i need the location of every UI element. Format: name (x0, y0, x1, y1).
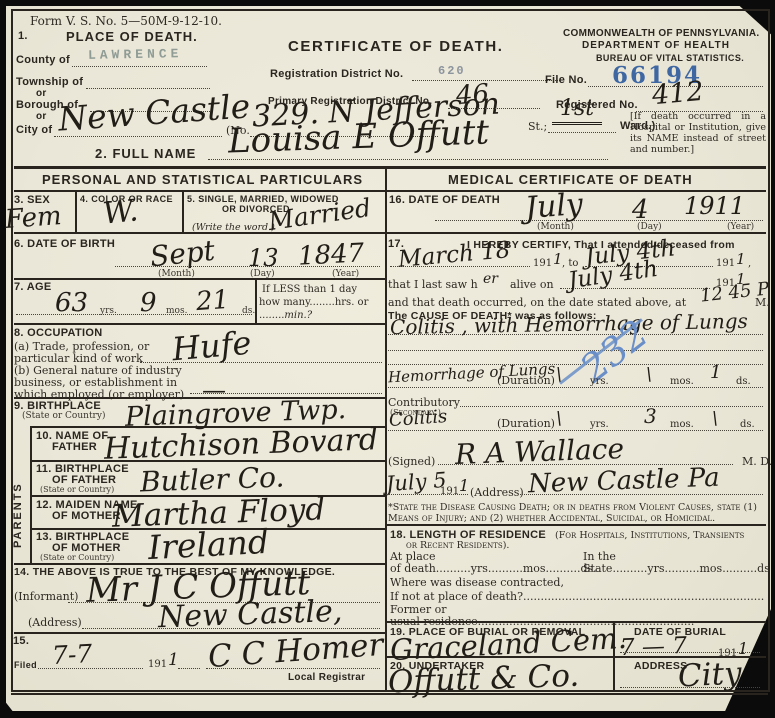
dod-line (435, 220, 763, 221)
m-label: M. (755, 296, 770, 309)
full-name-value: Louisa E Offutt (227, 115, 489, 158)
birthplace-caption: (State or Country) (22, 411, 105, 421)
column-divider (385, 166, 387, 690)
dod-year-caption: (Year) (727, 222, 754, 232)
burial-date-value: 7 — 7 (620, 635, 688, 660)
hospital-note: [If death occurred in a Hospital or Inst… (630, 112, 766, 156)
county-label: County of (16, 54, 70, 66)
cause-value: Colitis , with Hemorrhage of Lungs (390, 311, 748, 337)
residence-sublabel-1: (For Hospitals, Institutions, Transients (555, 530, 744, 541)
ds-caption: ds. (242, 306, 255, 316)
duration-line-1 (388, 387, 763, 388)
month-caption: (Month) (158, 269, 195, 279)
or-label-b: or (36, 111, 47, 122)
dod-month-value: July (524, 190, 584, 224)
age-note-2: how many........hrs. or (259, 297, 368, 308)
township-line (86, 88, 210, 89)
mos-label-1: mos. (670, 376, 694, 387)
contrib-mos-value: 3 (644, 406, 657, 426)
alive-on-text: alive on (510, 278, 554, 291)
sign-date-line (386, 494, 468, 495)
local-registrar-label: Local Registrar (288, 672, 365, 683)
registration-district-stamp: 620 (438, 64, 466, 78)
father-birthplace-caption: (State or Country) (40, 485, 114, 494)
mother-birthplace-caption: (State or Country) (40, 553, 114, 562)
rule (14, 323, 385, 325)
last-saw-text: that I last saw h (388, 278, 478, 291)
rule (387, 232, 766, 234)
commonwealth-line: COMMONWEALTH OF PENNSYLVANIA. (563, 28, 759, 39)
ds-label-2: ds. (740, 419, 755, 430)
county-stamp: LAWRENCE (88, 46, 183, 63)
occupation-label: 8. OCCUPATION (14, 327, 102, 339)
age-years-value: 63 (55, 290, 88, 316)
filed-label: Filed (14, 660, 37, 670)
rule (75, 190, 77, 232)
marital-hint: (Write the word.) (192, 222, 275, 233)
sign-address-label: (Address) (470, 486, 524, 499)
state-text: State..........yrs..........mos.........… (583, 562, 770, 575)
from-year-printed: 191 (533, 258, 552, 269)
duration-label-1: (Duration) (497, 374, 555, 387)
county-line (72, 66, 207, 67)
filed-date-value: 7-7 (51, 641, 93, 668)
contributory-value: Colitis (388, 408, 447, 430)
ds-label-1: ds. (736, 376, 751, 387)
rule (387, 621, 766, 623)
duration-line-2 (388, 430, 763, 431)
form-number: Form V. S. No. 5—50M-9-12-10. (30, 14, 222, 28)
duration-label-2: (Duration) (497, 417, 555, 430)
mos-caption: mos. (166, 306, 187, 316)
contrib-yrs-value: \ (556, 410, 562, 428)
dob-year-value: 1847 (297, 240, 364, 269)
mother-name-label-2: OF MOTHER (52, 510, 121, 522)
filed-year-printed: 191 (148, 659, 167, 670)
age-note-1: If LESS than 1 day (262, 284, 357, 295)
medical-section-title: MEDICAL CERTIFICATE OF DEATH (448, 172, 693, 187)
cause2-yrs-value: \ (556, 366, 562, 384)
cause-line-2 (388, 350, 763, 351)
death-certificate-scan: Form V. S. No. 5—50M-9-12-10. 1. PLACE O… (0, 0, 775, 718)
dod-year-value: 1911 (684, 194, 745, 218)
burial-date-line (620, 652, 760, 653)
age-months-value: 9 (140, 290, 157, 316)
father-name-label-2: FATHER (52, 441, 97, 453)
rule (14, 278, 385, 280)
year-caption: (Year) (332, 269, 359, 279)
footnote-line-2: Means of Injury; and (2) whether Acciden… (388, 513, 715, 524)
signed-label: (Signed) (388, 455, 435, 468)
registered-no-label: Registered No. (556, 99, 638, 111)
file-no-label: File No. (545, 74, 587, 86)
place-of-death-label: PLACE OF DEATH. (66, 29, 198, 44)
dob-label: 6. DATE OF BIRTH (14, 238, 115, 250)
yrs-caption: yrs. (100, 306, 117, 316)
age-label: 7. AGE (14, 281, 51, 293)
photo-edge-top (0, 0, 775, 6)
city-label: City of (16, 124, 52, 136)
cause2-ds-value: 1 (710, 364, 721, 382)
or-label-a: or (36, 88, 47, 99)
dod-day-value: 4 (632, 197, 649, 223)
personal-section-title: PERSONAL AND STATISTICAL PARTICULARS (42, 172, 363, 187)
yrs-label-1: yrs. (590, 376, 609, 387)
mos-label-2: mos. (670, 419, 694, 430)
physician-signature: R A Wallace (455, 435, 625, 469)
age-days-value: 21 (195, 287, 230, 315)
contracted-text: Where was disease contracted, (390, 576, 564, 589)
occupation-a-value: Hufe (171, 327, 253, 366)
section-title-rule (14, 190, 766, 192)
day-caption: (Day) (250, 269, 275, 279)
contrib-ds-value: \ (712, 410, 718, 428)
sign-address-value: New Castle Pa (528, 465, 720, 498)
sign-year-digit: 1 (459, 478, 469, 494)
certificate-title: CERTIFICATE OF DEATH. (288, 38, 504, 55)
ward-line (548, 132, 616, 133)
death-occurred-text: and that death occurred, on the date sta… (388, 296, 686, 309)
st-label: St.; (528, 120, 547, 133)
filed-year-line (178, 668, 200, 669)
rule (255, 278, 257, 323)
mother-birthplace-value: Ireland (147, 525, 270, 564)
primary-registration-label: Primary Registration District No. (268, 96, 432, 107)
undertaker-address-line (620, 687, 760, 688)
photo-edge-bottom (0, 711, 775, 718)
registered-no-value: 412 (651, 78, 705, 109)
department-line: DEPARTMENT OF HEALTH (582, 40, 730, 51)
rule (387, 524, 766, 526)
dod-month-caption: (Month) (537, 222, 574, 232)
item-15: 15. (13, 635, 29, 647)
if-not-text: If not at place of death?...............… (390, 590, 764, 603)
yrs-label-2: yrs. (590, 419, 609, 430)
registration-district-label: Registration District No. (270, 68, 403, 80)
to-comma: , (748, 258, 751, 269)
informant-address-value: New Castle, (158, 597, 343, 633)
item-1: 1. (18, 30, 28, 42)
photo-edge-left (0, 0, 6, 718)
full-name-label: 2. FULL NAME (95, 146, 196, 161)
sign-year-printed: 191 (440, 486, 459, 497)
filed-year-digit: 1 (168, 652, 179, 669)
header-divider (14, 166, 766, 169)
race-value: W. (102, 196, 140, 230)
to-year-digit: 1 (736, 252, 746, 267)
undertaker-value: Offutt & Co. (388, 661, 580, 699)
to-year-printed: 191 (716, 258, 735, 269)
dob-month-value: Sept (149, 237, 217, 272)
footnote-line-1: *State the Disease Causing Death; or in … (388, 502, 757, 513)
md-label: M. D. (742, 455, 772, 468)
primary-registration-value: 46 (455, 81, 490, 109)
dob-day-value: 13 (248, 246, 279, 270)
parents-vertical-label: PARENTS (12, 458, 24, 548)
of-death-text: of death..........yrs..........mos......… (390, 562, 597, 575)
dod-day-caption: (Day) (637, 222, 662, 232)
dod-label: 16. DATE OF DEATH (389, 194, 500, 206)
age-note-3: ........min.? (259, 310, 312, 321)
township-label: Township of (16, 76, 83, 88)
informant-address-label: (Address) (28, 616, 82, 629)
sign-date-value: July 5 (385, 470, 447, 495)
rule (182, 190, 184, 232)
contributory-line (460, 406, 763, 407)
cause2-mos-value: \ (646, 366, 652, 384)
her-handwritten: er (483, 272, 498, 286)
father-birthplace-value: Butler Co. (140, 463, 285, 496)
sex-value: Fem (4, 203, 62, 233)
